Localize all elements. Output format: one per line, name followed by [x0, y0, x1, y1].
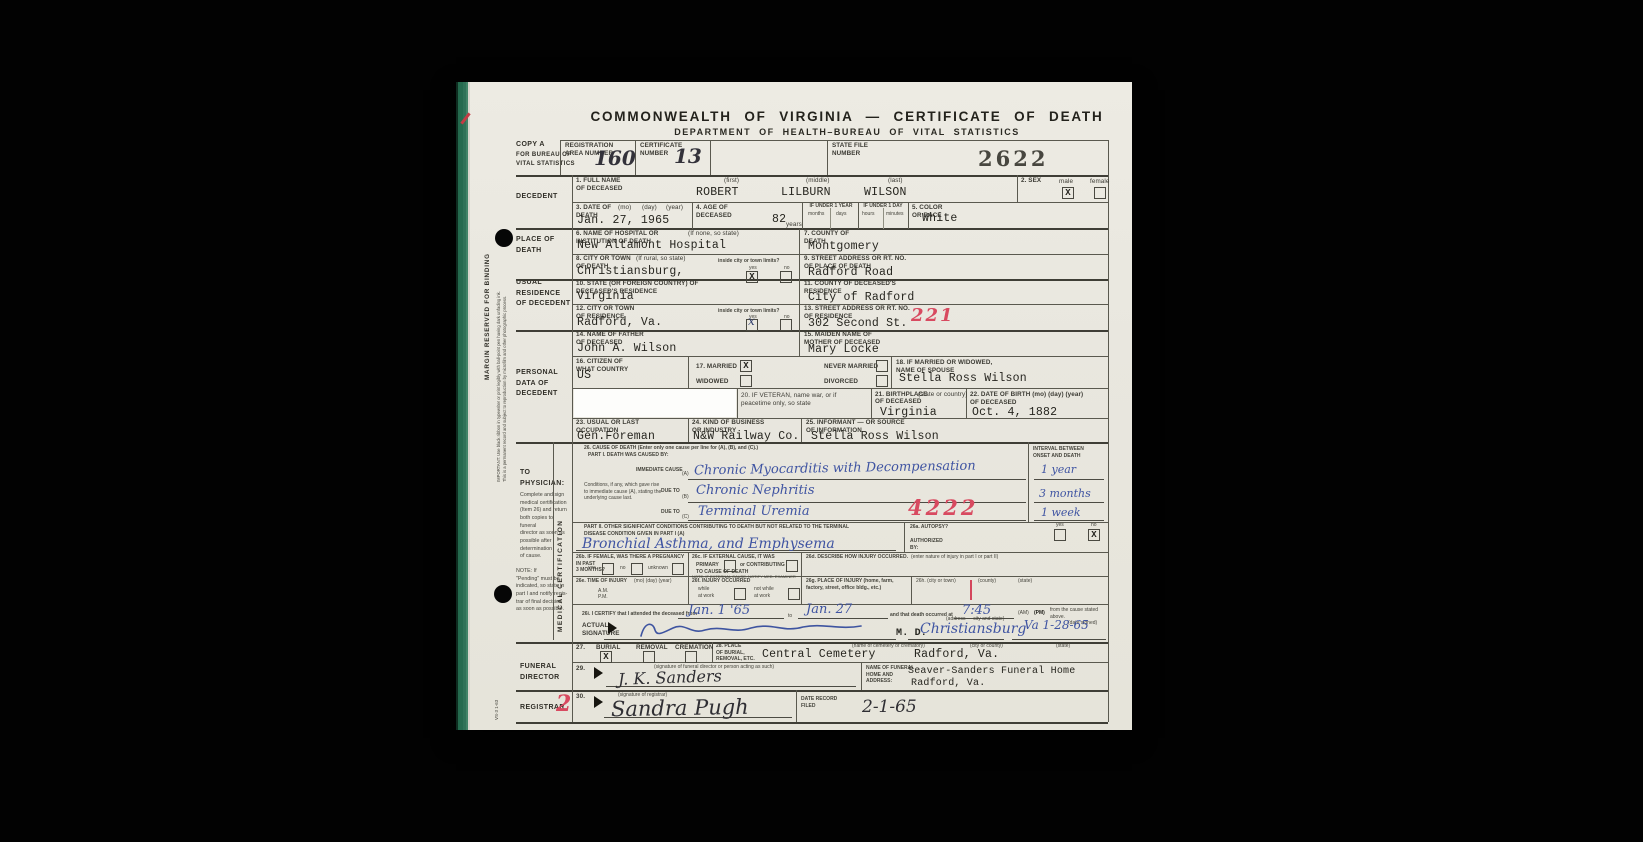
- rule-line: [572, 576, 1108, 577]
- day-hint: (day): [642, 204, 657, 212]
- birthplace-label-2: OF DECEASED: [875, 398, 922, 406]
- autopsy-no-hint: no: [1091, 522, 1097, 529]
- color-race-value: White: [922, 213, 958, 226]
- contributing-checkbox: [786, 560, 798, 572]
- full-name-label: 1. FULL NAME OF DECEASED: [576, 177, 623, 193]
- cause-c-hint: (C): [682, 514, 689, 521]
- widowed-checkbox: [740, 375, 752, 387]
- hospital-value: New Altamont Hospital: [577, 240, 726, 253]
- section-medical-certification: MEDICAL CERTIFICATION: [556, 456, 566, 632]
- male-checkbox: X: [1062, 187, 1074, 199]
- preg-unknown-checkbox: [672, 563, 684, 575]
- writing-line: [1034, 502, 1104, 503]
- rule-line: [572, 552, 1108, 553]
- contributing-label: or CONTRIBUTING: [740, 562, 785, 569]
- cremation-checkbox: [685, 651, 697, 663]
- attended-from-value: Jan. 1 '65: [688, 604, 750, 617]
- conditions-note: Conditions, if any, which gave rise to i…: [584, 482, 684, 502]
- arrow-marker-icon: [594, 696, 603, 708]
- rule-line: [572, 522, 1108, 523]
- arrow-marker-icon: [608, 622, 617, 634]
- injury-occurred-label: 26f. INJURY OCCURRED: [692, 578, 750, 585]
- preg-yes-hint: yes: [588, 565, 596, 572]
- spouse-value: Stella Ross Wilson: [899, 373, 1027, 386]
- death-occurred-text: and that death occurred at: [890, 612, 953, 619]
- age-label: 4. AGE OF DECEASED: [696, 204, 732, 220]
- section-place-of-death: PLACE OF DEATH: [516, 235, 555, 256]
- widowed-label: WIDOWED: [696, 378, 729, 386]
- occupation-value: Gen.Foreman: [577, 431, 655, 444]
- res-limits-no-checkbox: [780, 319, 792, 331]
- not-while-at-work-label: not while at work: [754, 586, 774, 599]
- state-file-label: STATE FILE NUMBER: [832, 142, 868, 158]
- certificate-title: COMMONWEALTH OF VIRGINIA — CERTIFICATE O…: [586, 110, 1108, 124]
- days-hint: days: [836, 211, 847, 218]
- arrow-marker-icon: [594, 667, 603, 679]
- pm-paren-inked: (PM): [1034, 610, 1045, 617]
- place-of-burial-label: 28. PLACE OF BURIAL, REMOVAL, ETC.: [716, 643, 755, 663]
- minutes-hint: minutes: [886, 211, 904, 218]
- immediate-cause-label: IMMEDIATE CAUSE: [636, 467, 683, 474]
- cause-a-interval: 1 year: [1041, 464, 1076, 475]
- punch-hole: [494, 585, 512, 603]
- rule-line: [560, 140, 1108, 141]
- never-married-checkbox: [876, 360, 888, 372]
- rule-line: [801, 418, 802, 442]
- death-limits-yes-checkbox: X: [746, 271, 758, 283]
- county-death-value: Montgomery: [808, 241, 879, 254]
- rule-line: [827, 140, 828, 175]
- state-file-value: 2622: [978, 148, 1048, 169]
- rule-line: [560, 140, 561, 175]
- rule-line: [904, 522, 905, 552]
- rule-line: [710, 140, 711, 175]
- due-to-c-label: DUE TO: [661, 509, 680, 516]
- injury-state-hint: (state): [1018, 578, 1032, 585]
- primary-label: PRIMARY: [696, 562, 719, 569]
- margin-important-text-2: This is a permanent record and subject t…: [502, 232, 508, 482]
- place-of-injury-label: 26g. PLACE OF INJURY (home, farm, factor…: [806, 578, 906, 591]
- year-hint: (year): [666, 204, 683, 212]
- rule-line: [799, 229, 800, 356]
- burial-checkbox: X: [600, 651, 612, 663]
- informant-value: Stella Ross Wilson: [811, 431, 939, 444]
- cause-of-death-label: 26. CAUSE OF DEATH (Enter only one cause…: [584, 445, 924, 452]
- preg-unknown-hint: unknown: [648, 565, 668, 572]
- middle-name-value: LILBURN: [781, 187, 831, 200]
- birthplace-value: Virginia: [880, 407, 937, 420]
- writing-line: [688, 479, 1026, 480]
- certificate-number-value: 13: [674, 146, 702, 166]
- item-29-label: 29.: [576, 665, 585, 673]
- hours-hint: hours: [862, 211, 875, 218]
- father-value: John A. Wilson: [577, 343, 676, 356]
- attended-to-value: Jan. 27: [806, 603, 852, 616]
- preg-no-checkbox: [631, 563, 643, 575]
- date-of-death-value: Jan. 27, 1965: [577, 215, 669, 228]
- section-funeral-director: FUNERAL DIRECTOR: [520, 662, 560, 683]
- state-residence-value: Virginia: [577, 291, 634, 304]
- city-death-value: Christiansburg,: [577, 266, 684, 279]
- funeral-director-signature: J. K. Sanders: [618, 668, 722, 688]
- describe-injury-label: 26d. DESCRIBE HOW INJURY OCCURRED.: [806, 554, 908, 561]
- first-hint: (first): [724, 177, 739, 185]
- preg-yes-checkbox: [602, 563, 614, 575]
- cause-c-interval: 1 week: [1041, 507, 1081, 518]
- injury-county-hint: (county): [978, 578, 996, 585]
- item-30-label: 30.: [576, 693, 585, 701]
- rule-line: [891, 356, 892, 388]
- rule-line: [908, 202, 909, 229]
- section-personal-data: PERSONAL DATA OF DECEDENT: [516, 368, 558, 400]
- registrar-signature: Sandra Pugh: [611, 697, 749, 720]
- dob-label: 22. DATE OF BIRTH (mo) (day) (year) OF D…: [970, 391, 1083, 407]
- while-at-work-label: while at work: [698, 586, 714, 599]
- red-annotation-4222: 4222: [908, 497, 978, 518]
- mo-hint: (mo): [618, 204, 631, 212]
- cause-c-value: Terminal Uremia: [698, 505, 810, 518]
- city-residence-value: Radford, Va.: [577, 317, 662, 330]
- removal-checkbox: [643, 651, 655, 663]
- rule-line: [516, 722, 1108, 724]
- divorced-checkbox: [876, 375, 888, 387]
- rule-line: [1017, 175, 1018, 202]
- rule-line: [688, 552, 689, 604]
- section-usual-residence: USUAL RESIDENCE OF DECEDENT: [516, 278, 571, 310]
- rule-line: [1028, 442, 1029, 522]
- autopsy-yes-hint: yes: [1056, 522, 1064, 529]
- funeral-home-value: Seaver-Sanders Funeral Home: [908, 666, 1075, 677]
- business-value: N&W Railway Co.: [693, 431, 800, 444]
- interval-label: INTERVAL BETWEEN ONSET AND DEATH: [1033, 446, 1105, 459]
- rule-line: [516, 690, 1108, 692]
- physician-city-value: Christiansburg: [920, 622, 1026, 636]
- rule-line: [572, 175, 573, 722]
- date-filed-label: DATE RECORD FILED: [801, 696, 837, 709]
- last-hint: (last): [888, 177, 903, 185]
- rule-line: [737, 388, 738, 418]
- veteran-label: 20. IF VETERAN, name war, or if peacetim…: [741, 392, 861, 408]
- rule-line: [553, 442, 554, 640]
- rule-line: [861, 662, 862, 690]
- screenshot-background: MARGIN RESERVED FOR BINDING IMPORTANT: U…: [0, 0, 1643, 842]
- date-signed-value: Va 1-28-65: [1024, 619, 1089, 631]
- sex-label: 2. SEX: [1021, 177, 1041, 185]
- married-label: 17. MARRIED: [696, 363, 737, 371]
- signature-line: [908, 639, 1004, 640]
- autopsy-label: 26a. AUTOPSY?: [910, 524, 948, 531]
- rule-line: [883, 208, 884, 229]
- street-death-value: Radford Road: [808, 267, 893, 280]
- female-label: female: [1090, 178, 1110, 186]
- rule-line: [692, 202, 693, 229]
- am-paren: (AM): [1018, 610, 1029, 617]
- cause-a-value: Chronic Myocarditis with Decompensation: [694, 460, 976, 478]
- cause-b-interval: 3 months: [1039, 488, 1091, 499]
- age-value: 82: [772, 214, 786, 227]
- county-residence-value: City of Radford: [808, 292, 915, 305]
- injury-city-hint: 26h. (city or town): [916, 578, 956, 585]
- divorced-label: DIVORCED: [824, 378, 858, 386]
- copy-label: COPY A: [516, 140, 545, 151]
- not-while-at-work-checkbox: [788, 588, 800, 600]
- mother-value: Mary Locke: [808, 344, 879, 357]
- res-limits-yes-handmark: x: [748, 315, 755, 327]
- limits-death-label: inside city or town limits?: [718, 258, 794, 265]
- registration-area-value: 160: [594, 148, 636, 168]
- red-annotation-221: 221: [911, 307, 955, 325]
- middle-hint: (middle): [806, 177, 830, 185]
- punch-hole: [495, 229, 513, 247]
- cause-b-value: Chronic Nephritis: [696, 484, 815, 497]
- dob-value: Oct. 4, 1882: [972, 407, 1057, 420]
- months-hint: months: [808, 211, 824, 218]
- years-hint: years: [786, 221, 802, 229]
- writing-line: [688, 520, 1026, 521]
- part-1-label: PART I. DEATH WAS CAUSED BY:: [588, 452, 669, 459]
- autopsy-no-checkbox: X: [1088, 529, 1100, 541]
- birthplace-hint: (state or country): [918, 391, 967, 399]
- form-number: VS-3 1-63: [494, 676, 501, 720]
- rule-line: [871, 388, 872, 418]
- signature-line: [1012, 639, 1106, 640]
- married-checkbox: X: [740, 360, 752, 372]
- rule-line: [911, 576, 912, 604]
- city-death-hint: (If rural, so state): [636, 255, 686, 263]
- part-2-value: Bronchial Asthma, and Emphysema: [582, 537, 835, 551]
- pm-label: P.M.: [598, 594, 608, 601]
- death-limits-no-checkbox: [780, 271, 792, 283]
- rule-line: [688, 418, 689, 442]
- while-at-work-checkbox: [734, 588, 746, 600]
- describe-injury-hint: (enter nature of injury in part I or par…: [911, 554, 998, 561]
- cause-a-hint: (A): [682, 471, 689, 478]
- certificate-subtitle: DEPARTMENT OF HEALTH–BUREAU OF VITAL STA…: [586, 128, 1108, 137]
- death-certificate-scan: MARGIN RESERVED FOR BINDING IMPORTANT: U…: [456, 82, 1132, 730]
- first-name-value: ROBERT: [696, 187, 739, 200]
- male-label: male: [1059, 178, 1073, 186]
- item-27-label: 27.: [576, 644, 585, 652]
- burial-state-hint: (state): [1056, 643, 1070, 650]
- autopsy-yes-checkbox: [1054, 529, 1066, 541]
- female-checkbox: [1094, 187, 1106, 199]
- under-1-year-label: IF UNDER 1 YEAR: [805, 203, 857, 210]
- binding-strip: [456, 82, 470, 730]
- last-name-value: WILSON: [864, 187, 907, 200]
- physician-signature: [631, 617, 871, 641]
- rule-line: [796, 690, 797, 722]
- time-of-injury-label: 26e. TIME OF INJURY: [576, 578, 627, 585]
- time-of-injury-sub: (mo) (day) (year): [634, 578, 672, 585]
- citizen-value: US: [577, 370, 591, 383]
- under-1-day-label: IF UNDER 1 DAY: [859, 203, 907, 210]
- writing-line: [1034, 479, 1104, 480]
- rule-line: [688, 356, 689, 388]
- burial-city-value: Radford, Va.: [914, 649, 999, 662]
- date-filed-value: 2-1-65: [862, 699, 917, 716]
- margin-binding-text: MARGIN RESERVED FOR BINDING: [483, 240, 492, 380]
- writing-line: [1034, 520, 1104, 521]
- rule-line: [802, 202, 803, 229]
- redaction-box: [574, 389, 736, 417]
- street-residence-value: 302 Second St.: [808, 318, 907, 331]
- red-annotation-2: 2: [556, 693, 571, 715]
- preg-no-hint: no: [620, 565, 626, 572]
- red-tick-mark: [970, 580, 972, 600]
- funeral-home-city-value: Radford, Va.: [911, 678, 985, 689]
- rule-line: [1108, 140, 1109, 722]
- section-decedent: DECEDENT: [516, 192, 558, 203]
- never-married-label: NEVER MARRIED: [824, 363, 878, 371]
- rule-line: [830, 208, 831, 229]
- authorized-by-label: AUTHORIZED BY:: [910, 538, 943, 551]
- rule-line: [801, 552, 802, 604]
- hospital-hint: (If none, so state): [688, 230, 739, 238]
- cemetery-value: Central Cemetery: [762, 649, 876, 662]
